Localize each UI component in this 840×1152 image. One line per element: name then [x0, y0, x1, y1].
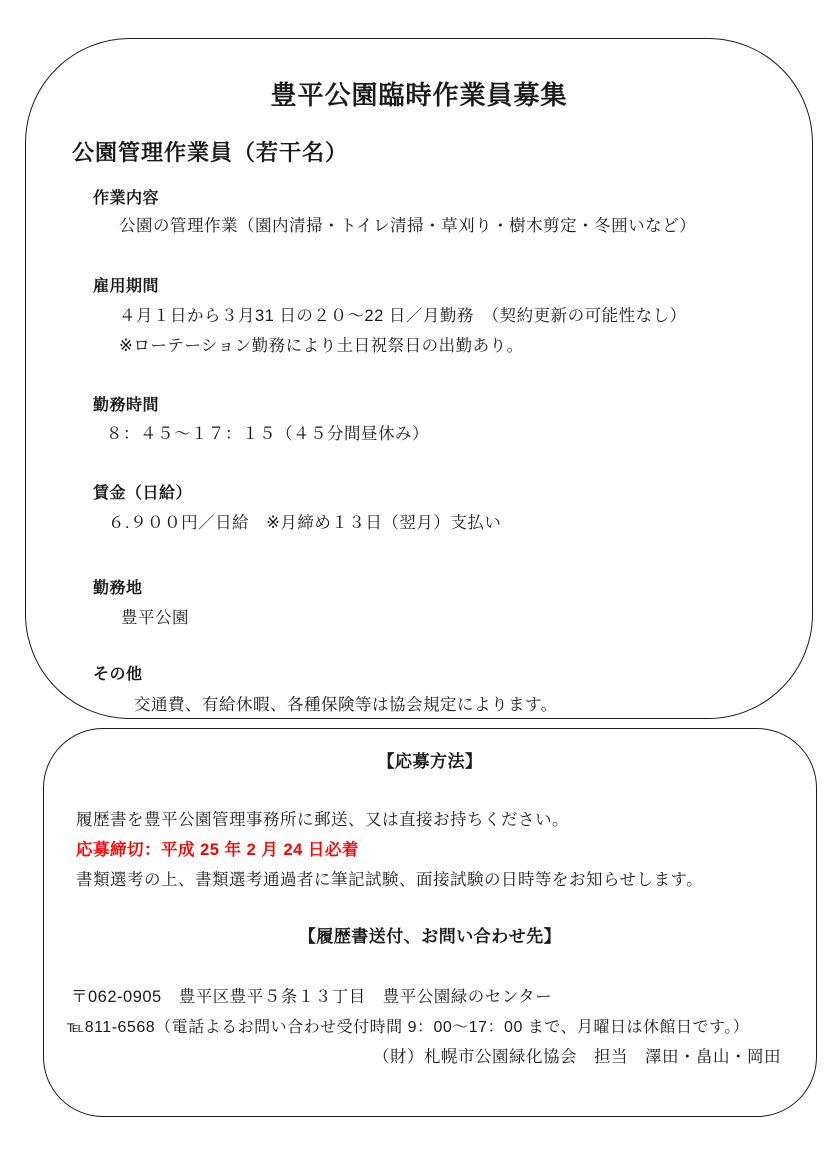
application-screening-note: 書類選考の上、書類選考通過者に筆記試験、面接試験の日時等をお知らせします。: [76, 866, 703, 890]
section-body-work-content: 公園の管理作業（園内清掃・トイレ清掃・草刈り・樹木剪定・冬囲いなど）: [119, 212, 696, 236]
section-label-wage: 賃金（日給）: [93, 480, 192, 503]
section-label-other: その他: [93, 661, 143, 684]
section-body-employment-period-line2: ※ローテーション勤務により土日祝祭日の出勤あり。: [119, 332, 524, 356]
contact-heading: 【履歴書送付、お問い合わせ先】: [44, 922, 816, 947]
section-body-working-hours: ８：４５～１７：１５（４５分間昼休み）: [106, 420, 429, 444]
recruitment-box: 豊平公園臨時作業員募集 公園管理作業員（若干名） 作業内容 公園の管理作業（園内…: [25, 38, 813, 719]
application-deadline: 応募締切：平成 25 年 2 月 24 日必着: [76, 836, 359, 860]
job-heading: 公園管理作業員（若干名）: [72, 136, 348, 167]
section-label-employment-period: 雇用期間: [93, 273, 159, 296]
section-label-work-content: 作業内容: [93, 185, 159, 208]
contact-address: 〒062-0905 豊平区豊平５条１３丁目 豊平公園緑のセンター: [71, 983, 552, 1007]
section-body-other: 交通費、有給休暇、各種保険等は協会規定によります。: [134, 691, 558, 715]
contact-organization: （財）札幌市公園緑化協会 担当 澤田・畠山・岡田: [373, 1043, 781, 1067]
application-box: 【応募方法】 履歴書を豊平公園管理事務所に郵送、又は直接お持ちください。 応募締…: [43, 728, 817, 1117]
contact-telephone: ℡811-6568（電話よるお問い合わせ受付時間 9：00～17：00 まで、月…: [67, 1014, 749, 1037]
section-label-workplace: 勤務地: [93, 575, 143, 598]
section-body-workplace: 豊平公園: [121, 604, 189, 628]
application-method-heading: 【応募方法】: [44, 747, 816, 772]
application-instruction: 履歴書を豊平公園管理事務所に郵送、又は直接お持ちください。: [76, 806, 569, 830]
section-label-working-hours: 勤務時間: [93, 392, 159, 415]
section-body-wage: ６.９００円／日給 ※月締め１３日（翌月）支払い: [108, 509, 501, 533]
document-title: 豊平公園臨時作業員募集: [26, 75, 812, 112]
document-page: 豊平公園臨時作業員募集 公園管理作業員（若干名） 作業内容 公園の管理作業（園内…: [0, 0, 840, 1152]
section-body-employment-period-line1: ４月１日から３月31 日の２０～22 日／月勤務 （契約更新の可能性なし）: [119, 302, 687, 326]
